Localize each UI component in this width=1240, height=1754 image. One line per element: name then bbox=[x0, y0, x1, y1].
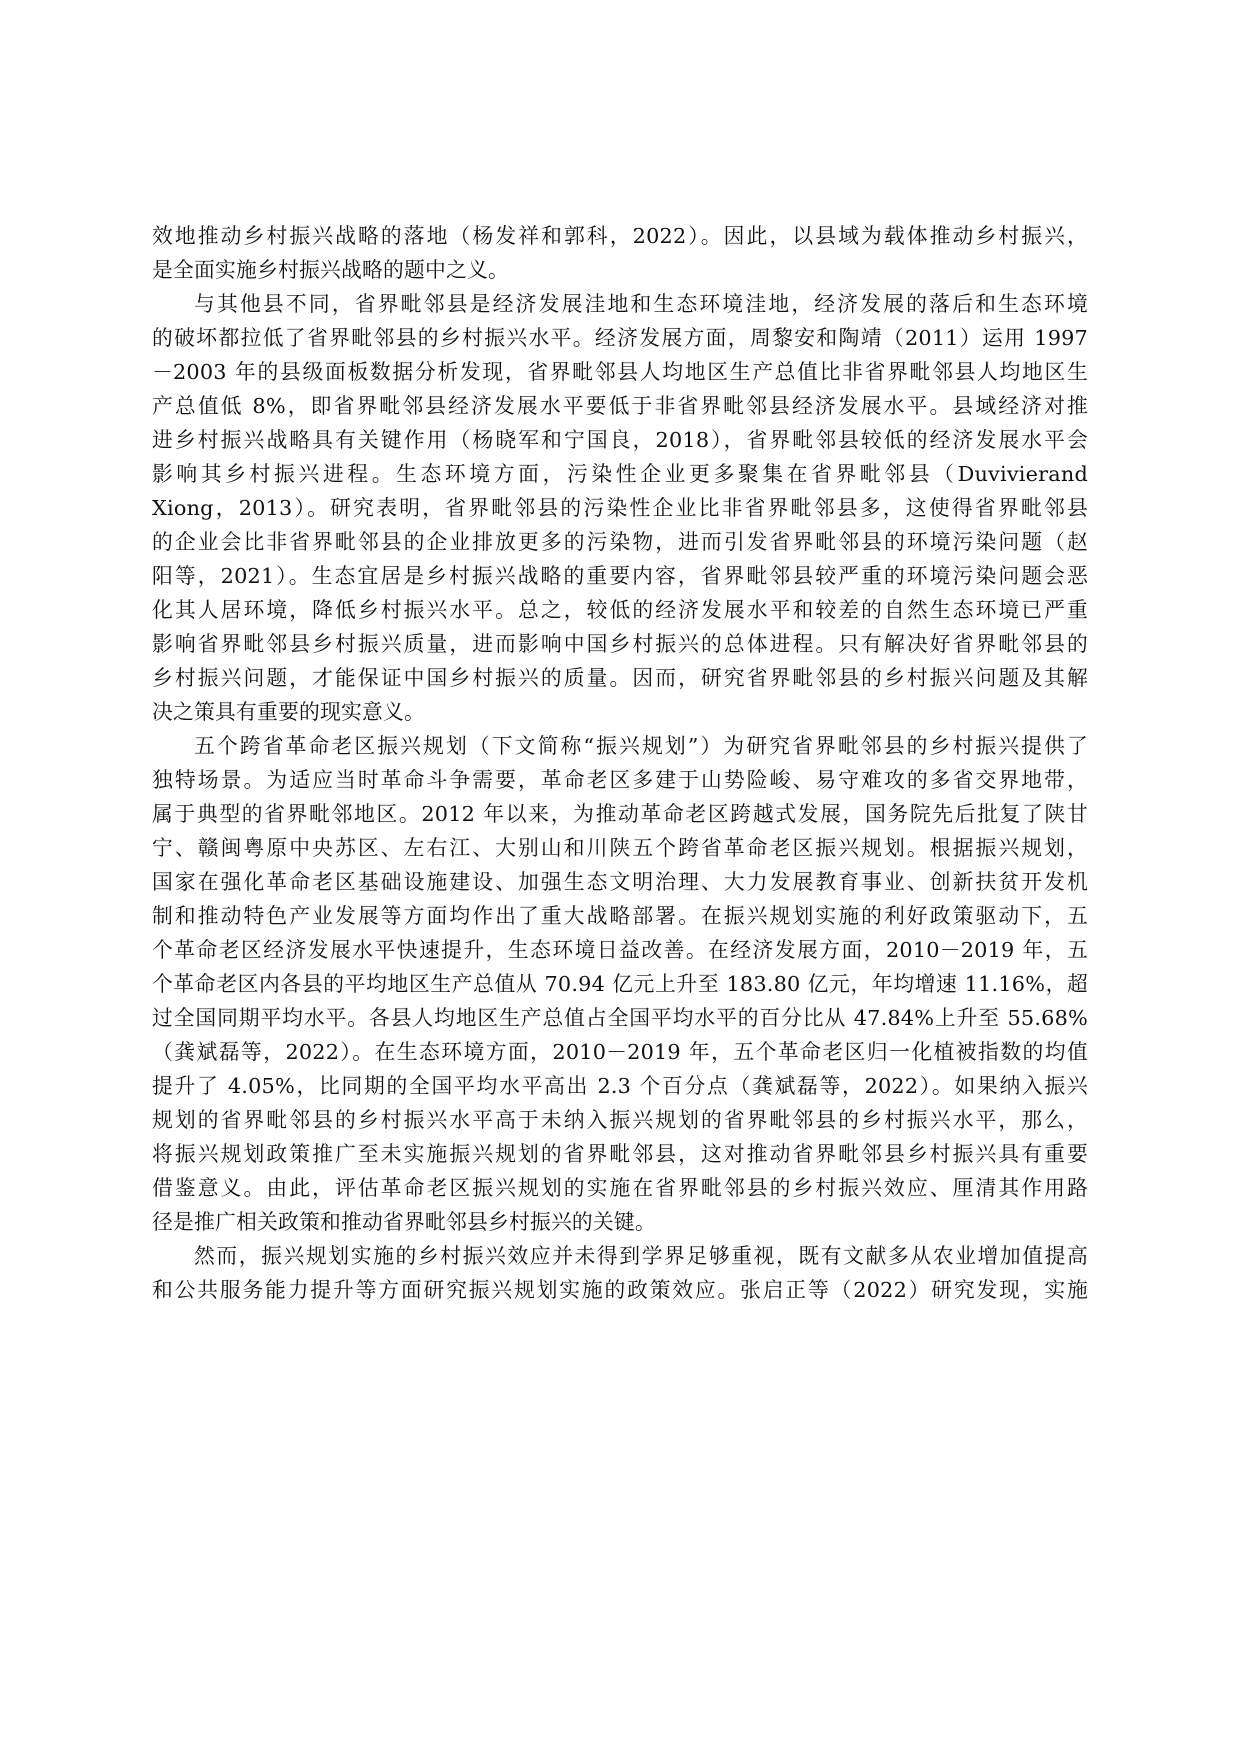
text-line: 然而，振兴规划实施的乡村振兴效应并未得到学界足够重视，既有文献多从农业增加值提高 bbox=[152, 1239, 1088, 1273]
text-line: 阳等，2021）。生态宜居是乡村振兴战略的重要内容，省界毗邻县较严重的环境污染问… bbox=[152, 559, 1088, 593]
paragraph-border-county-problem: 与其他县不同，省界毗邻县是经济发展洼地和生态环境洼地，经济发展的落后和生态环境 … bbox=[152, 287, 1088, 729]
text-line: 进乡村振兴战略具有关键作用（杨晓军和宁国良，2018），省界毗邻县较低的经济发展… bbox=[152, 423, 1088, 457]
text-line: 借鉴意义。由此，评估革命老区振兴规划的实施在省界毗邻县的乡村振兴效应、厘清其作用… bbox=[152, 1171, 1088, 1205]
paragraph-continuation: 效地推动乡村振兴战略的落地（杨发祥和郭科，2022）。因此，以县域为载体推动乡村… bbox=[152, 219, 1088, 287]
text-line: 属于典型的省界毗邻地区。2012 年以来，为推动革命老区跨越式发展，国务院先后批… bbox=[152, 797, 1088, 831]
text-line: 的企业会比非省界毗邻县的企业排放更多的污染物，进而引发省界毗邻县的环境污染问题（… bbox=[152, 525, 1088, 559]
text-line: Xiong，2013）。研究表明，省界毗邻县的污染性企业比非省界毗邻县多，这使得… bbox=[152, 491, 1088, 525]
text-line: 径是推广相关政策和推动省界毗邻县乡村振兴的关键。 bbox=[152, 1205, 1088, 1239]
text-line: 规划的省界毗邻县的乡村振兴水平高于未纳入振兴规划的省界毗邻县的乡村振兴水平，那么… bbox=[152, 1103, 1088, 1137]
text-line: 与其他县不同，省界毗邻县是经济发展洼地和生态环境洼地，经济发展的落后和生态环境 bbox=[152, 287, 1088, 321]
text-line: 是全面实施乡村振兴战略的题中之义。 bbox=[152, 253, 1088, 287]
text-line: 产总值低 8%，即省界毗邻县经济发展水平要低于非省界毗邻县经济发展水平。县域经济… bbox=[152, 389, 1088, 423]
text-line: 的破坏都拉低了省界毗邻县的乡村振兴水平。经济发展方面，周黎安和陶靖（2011）运… bbox=[152, 321, 1088, 355]
text-line: 宁、赣闽粤原中央苏区、左右江、大别山和川陕五个跨省革命老区振兴规划。根据振兴规划… bbox=[152, 831, 1088, 865]
text-line: 五个跨省革命老区振兴规划（下文简称“振兴规划”）为研究省界毗邻县的乡村振兴提供了 bbox=[152, 729, 1088, 763]
text-line: （龚斌磊等，2022）。在生态环境方面，2010－2019 年，五个革命老区归一… bbox=[152, 1035, 1088, 1069]
text-line: 提升了 4.05%，比同期的全国平均水平高出 2.3 个百分点（龚斌磊等，202… bbox=[152, 1069, 1088, 1103]
text-line: 效地推动乡村振兴战略的落地（杨发祥和郭科，2022）。因此，以县域为载体推动乡村… bbox=[152, 219, 1088, 253]
text-line: 和公共服务能力提升等方面研究振兴规划实施的政策效应。张启正等（2022）研究发现… bbox=[152, 1273, 1088, 1307]
text-line: 独特场景。为适应当时革命斗争需要，革命老区多建于山势险峻、易守难攻的多省交界地带… bbox=[152, 763, 1088, 797]
text-line: 乡村振兴问题，才能保证中国乡村振兴的质量。因而，研究省界毗邻县的乡村振兴问题及其… bbox=[152, 661, 1088, 695]
text-line: 个革命老区内各县的平均地区生产总值从 70.94 亿元上升至 183.80 亿元… bbox=[152, 967, 1088, 1001]
paragraph-literature-gap: 然而，振兴规划实施的乡村振兴效应并未得到学界足够重视，既有文献多从农业增加值提高… bbox=[152, 1239, 1088, 1307]
text-line: 化其人居环境，降低乡村振兴水平。总之，较低的经济发展水平和较差的自然生态环境已严… bbox=[152, 593, 1088, 627]
text-line: 影响省界毗邻县乡村振兴质量，进而影响中国乡村振兴的总体进程。只有解决好省界毗邻县… bbox=[152, 627, 1088, 661]
text-line: 国家在强化革命老区基础设施建设、加强生态文明治理、大力发展教育事业、创新扶贫开发… bbox=[152, 865, 1088, 899]
text-line: －2003 年的县级面板数据分析发现，省界毗邻县人均地区生产总值比非省界毗邻县人… bbox=[152, 355, 1088, 389]
document-page: 效地推动乡村振兴战略的落地（杨发祥和郭科，2022）。因此，以县域为载体推动乡村… bbox=[152, 219, 1088, 1307]
text-line: 个革命老区经济发展水平快速提升，生态环境日益改善。在经济发展方面，2010－20… bbox=[152, 933, 1088, 967]
text-line: 影响其乡村振兴进程。生态环境方面，污染性企业更多聚集在省界毗邻县（Duvivie… bbox=[152, 457, 1088, 491]
text-line: 制和推动特色产业发展等方面均作出了重大战略部署。在振兴规划实施的利好政策驱动下，… bbox=[152, 899, 1088, 933]
text-line: 决之策具有重要的现实意义。 bbox=[152, 695, 1088, 729]
text-line: 将振兴规划政策推广至未实施振兴规划的省界毗邻县，这对推动省界毗邻县乡村振兴具有重… bbox=[152, 1137, 1088, 1171]
text-line: 过全国同期平均水平。各县人均地区生产总值占全国平均水平的百分比从 47.84%上… bbox=[152, 1001, 1088, 1035]
paragraph-revitalization-plan: 五个跨省革命老区振兴规划（下文简称“振兴规划”）为研究省界毗邻县的乡村振兴提供了… bbox=[152, 729, 1088, 1239]
